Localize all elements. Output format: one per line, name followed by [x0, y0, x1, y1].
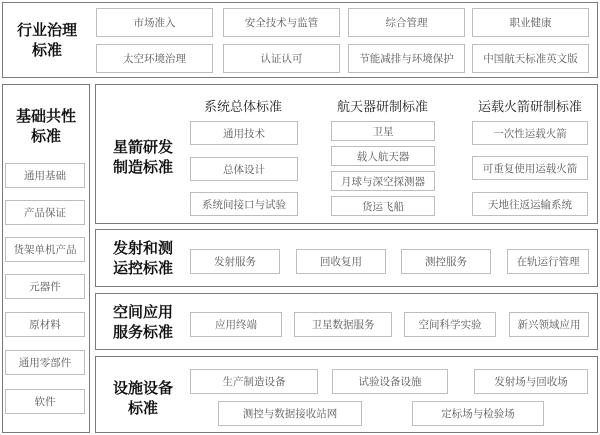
governance-item-english-edition[interactable]: 中国航天标准英文版: [472, 44, 589, 73]
title-line: 空间应用: [102, 302, 184, 322]
launch-vehicle-standards-heading: 运载火箭研制标准: [468, 96, 592, 115]
basic-item-general-foundation[interactable]: 通用基础: [5, 163, 85, 188]
basic-item-software[interactable]: 软件: [5, 389, 85, 414]
rd-item-lunar-deep-space[interactable]: 月球与深空探测器: [331, 171, 435, 191]
title-line: 行业治理: [12, 20, 82, 40]
governance-item-space-env[interactable]: 太空环境治理: [96, 44, 213, 73]
basic-item-components[interactable]: 元器件: [5, 274, 85, 299]
title-line: 标准: [8, 126, 84, 146]
governance-standards-title: 行业治理 标准: [12, 20, 82, 60]
launch-item-in-orbit-mgmt[interactable]: 在轨运行管理: [507, 249, 589, 274]
rd-item-earth-space-transport[interactable]: 天地往返运输系统: [472, 192, 588, 216]
space-application-title: 空间应用 服务标准: [102, 302, 184, 342]
spacecraft-standards-heading: 航天器研制标准: [325, 96, 440, 115]
application-item-terminals[interactable]: 应用终端: [190, 312, 282, 337]
title-line: 运控标准: [102, 258, 184, 278]
title-line: 基础共性: [8, 106, 84, 126]
launch-item-recovery-reuse[interactable]: 回收复用: [296, 249, 386, 274]
system-overall-standards-heading: 系统总体标准: [188, 96, 298, 115]
title-line: 发射和测: [102, 238, 184, 258]
rd-item-crewed-spacecraft[interactable]: 载人航天器: [331, 146, 435, 166]
application-item-emerging-fields[interactable]: 新兴领域应用: [509, 312, 589, 337]
application-item-space-science[interactable]: 空间科学实验: [404, 312, 496, 337]
rd-item-expendable-rocket[interactable]: 一次性运载火箭: [472, 121, 588, 145]
governance-item-safety-tech[interactable]: 安全技术与监管: [223, 8, 340, 37]
facility-equipment-title: 设施设备 标准: [102, 378, 184, 418]
governance-item-market-access[interactable]: 市场准入: [96, 8, 213, 37]
rd-item-interface-testing[interactable]: 系统间接口与试验: [190, 192, 298, 216]
rd-item-cargo-ship[interactable]: 货运飞船: [331, 196, 435, 216]
facility-item-launch-recovery-site[interactable]: 发射场与回收场: [474, 369, 588, 394]
facility-item-production-equipment[interactable]: 生产制造设备: [190, 369, 318, 394]
rd-item-general-tech[interactable]: 通用技术: [190, 121, 298, 145]
launch-item-launch-service[interactable]: 发射服务: [190, 249, 280, 274]
basic-item-raw-materials[interactable]: 原材料: [5, 312, 85, 337]
basic-item-product-assurance[interactable]: 产品保证: [5, 200, 85, 225]
title-line: 服务标准: [102, 322, 184, 342]
basic-item-shelf-products[interactable]: 货架单机产品: [5, 237, 85, 262]
governance-item-energy-env[interactable]: 节能减排与环境保护: [348, 44, 465, 73]
title-line: 制造标准: [102, 157, 184, 177]
governance-item-occupational-health[interactable]: 职业健康: [472, 8, 589, 37]
title-line: 标准: [102, 398, 184, 418]
basic-standards-title: 基础共性 标准: [8, 106, 84, 146]
governance-item-certification[interactable]: 认证认可: [223, 44, 340, 73]
rd-manufacturing-title: 星箭研发 制造标准: [102, 137, 184, 177]
basic-item-common-parts[interactable]: 通用零部件: [5, 350, 85, 375]
title-line: 标准: [12, 40, 82, 60]
launch-ttc-title: 发射和测 运控标准: [102, 238, 184, 278]
rd-item-overall-design[interactable]: 总体设计: [190, 157, 298, 181]
launch-item-ttc-service[interactable]: 测控服务: [401, 249, 491, 274]
governance-item-general-mgmt[interactable]: 综合管理: [348, 8, 465, 37]
facility-item-test-facilities[interactable]: 试验设备设施: [332, 369, 448, 394]
facility-item-ttc-receiving-network[interactable]: 测控与数据接收站网: [218, 401, 362, 426]
title-line: 设施设备: [102, 378, 184, 398]
title-line: 星箭研发: [102, 137, 184, 157]
application-item-satellite-data[interactable]: 卫星数据服务: [294, 312, 392, 337]
facility-item-calibration-sites[interactable]: 定标场与检验场: [412, 401, 544, 426]
rd-item-satellite[interactable]: 卫星: [331, 121, 435, 141]
rd-item-reusable-rocket[interactable]: 可重复使用运载火箭: [472, 156, 588, 180]
